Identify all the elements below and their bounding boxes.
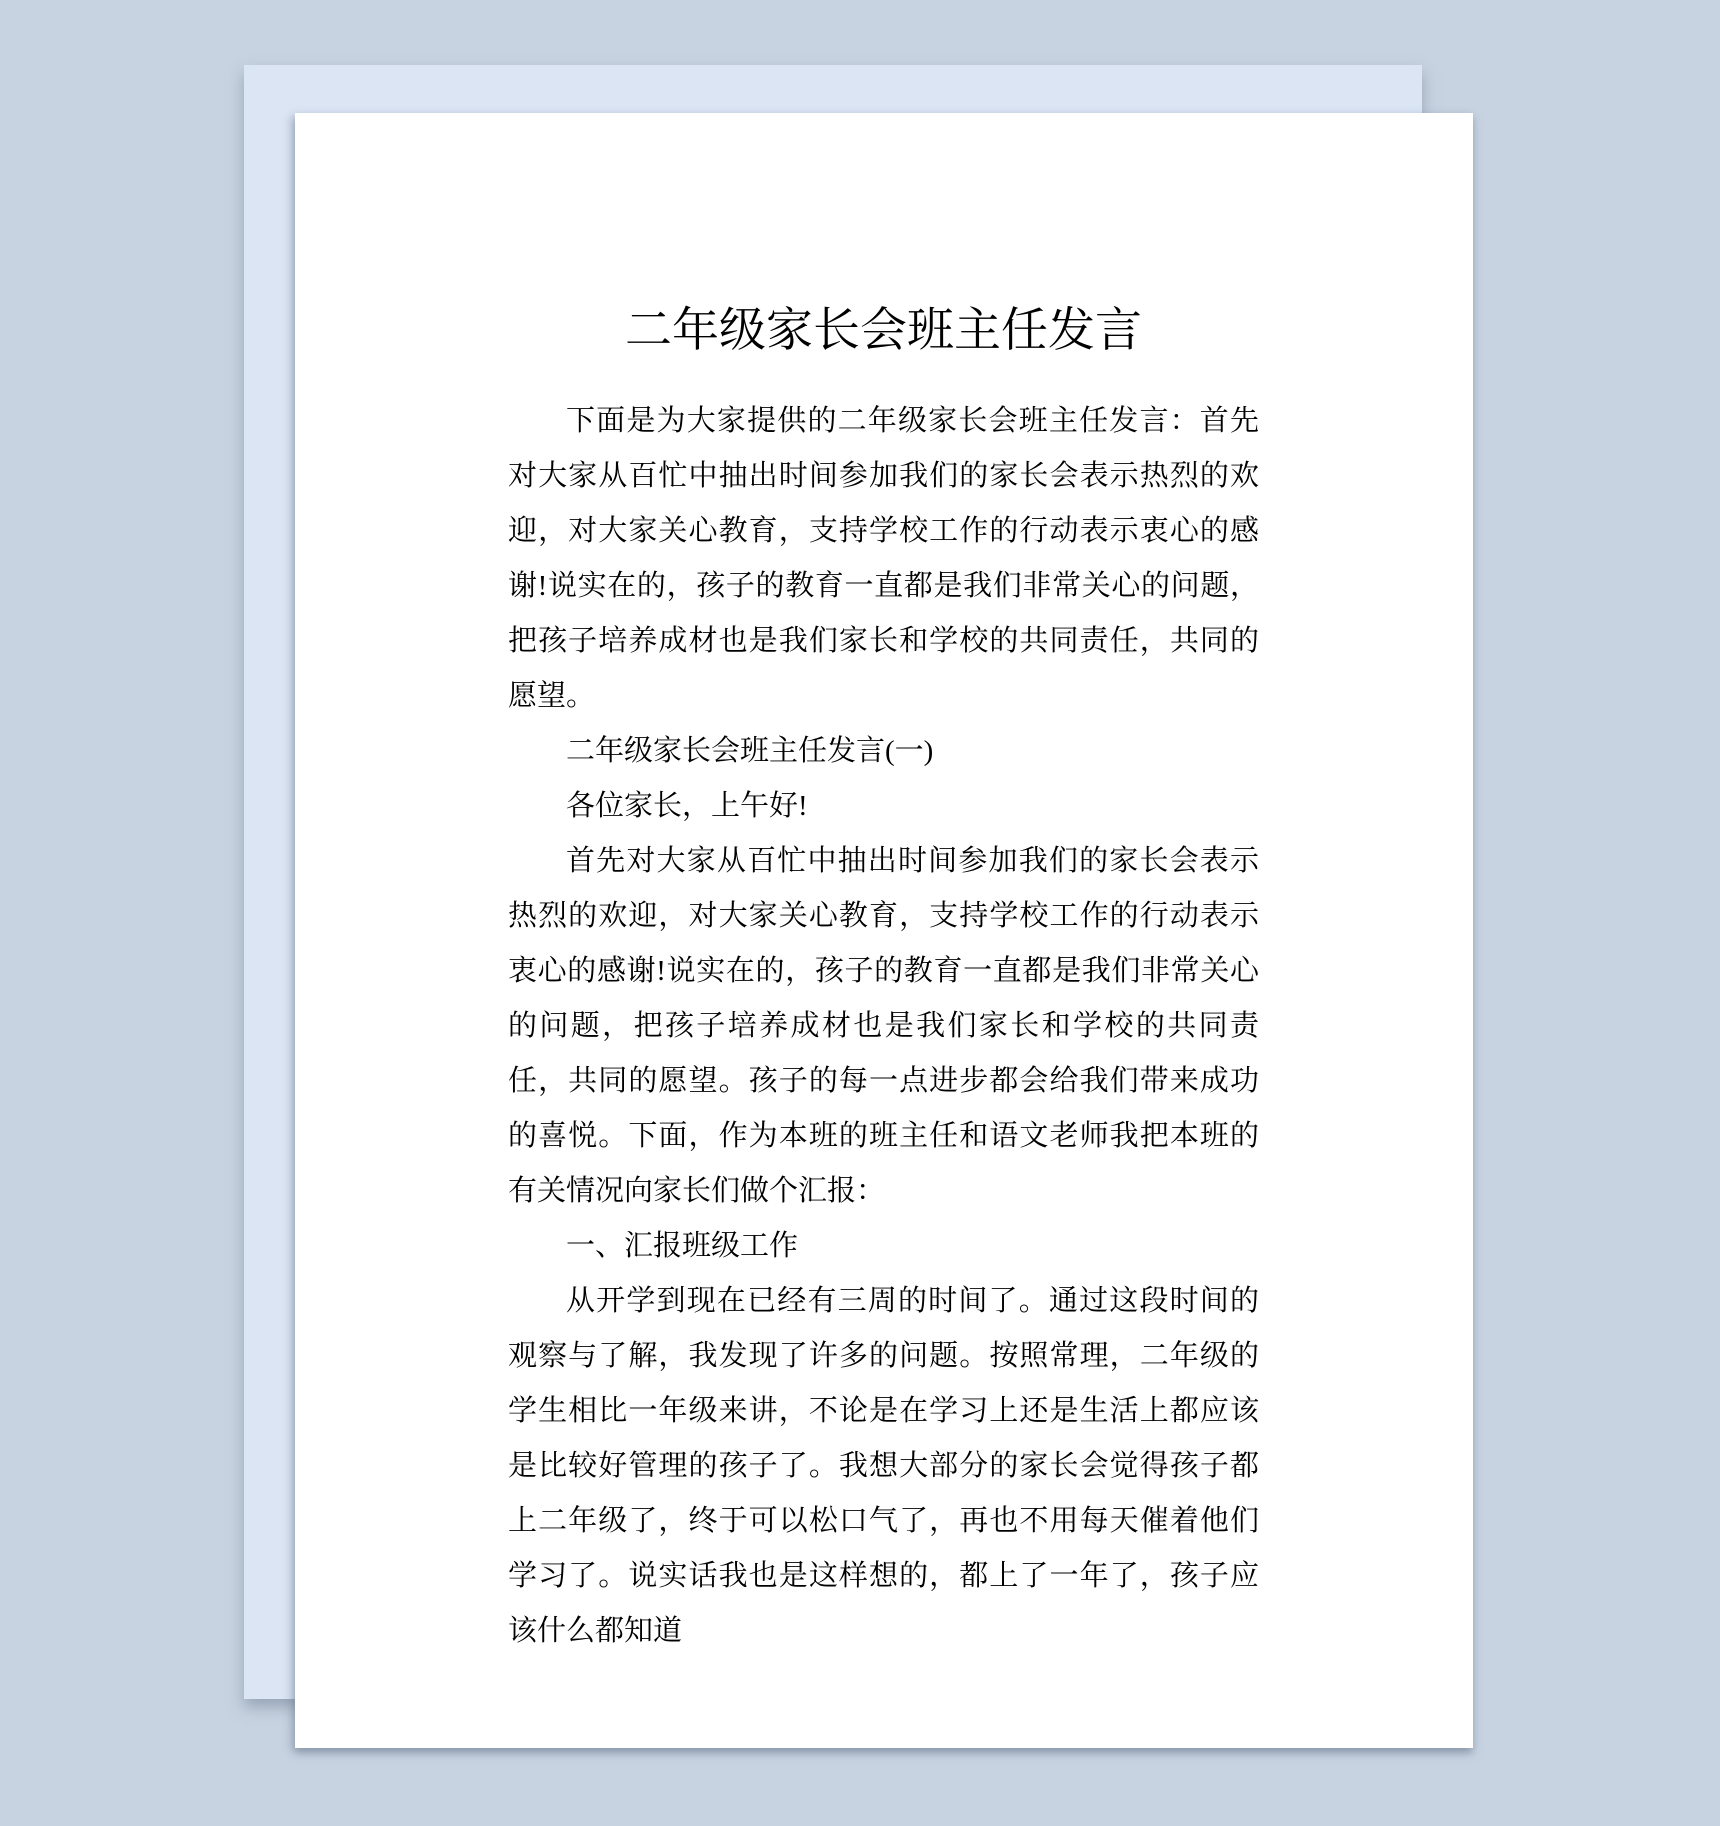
document-content: 二年级家长会班主任发言 下面是为大家提供的二年级家长会班主任发言：首先对大家从百… [295, 113, 1473, 1659]
document-paragraph: 一、汇报班级工作 [508, 1219, 1259, 1274]
document-paragraph: 二年级家长会班主任发言(一) [508, 724, 1259, 779]
document-paragraph: 各位家长，上午好! [508, 779, 1259, 834]
document-paragraph: 从开学到现在已经有三周的时间了。通过这段时间的观察与了解，我发现了许多的问题。按… [508, 1274, 1259, 1659]
document-paragraph: 首先对大家从百忙中抽出时间参加我们的家长会表示热烈的欢迎，对大家关心教育，支持学… [508, 834, 1259, 1219]
document-paragraph: 下面是为大家提供的二年级家长会班主任发言：首先对大家从百忙中抽出时间参加我们的家… [508, 394, 1259, 724]
desktop-background: 二年级家长会班主任发言 下面是为大家提供的二年级家长会班主任发言：首先对大家从百… [0, 0, 1720, 1826]
document-page: 二年级家长会班主任发言 下面是为大家提供的二年级家长会班主任发言：首先对大家从百… [295, 113, 1473, 1748]
document-title: 二年级家长会班主任发言 [508, 303, 1259, 359]
